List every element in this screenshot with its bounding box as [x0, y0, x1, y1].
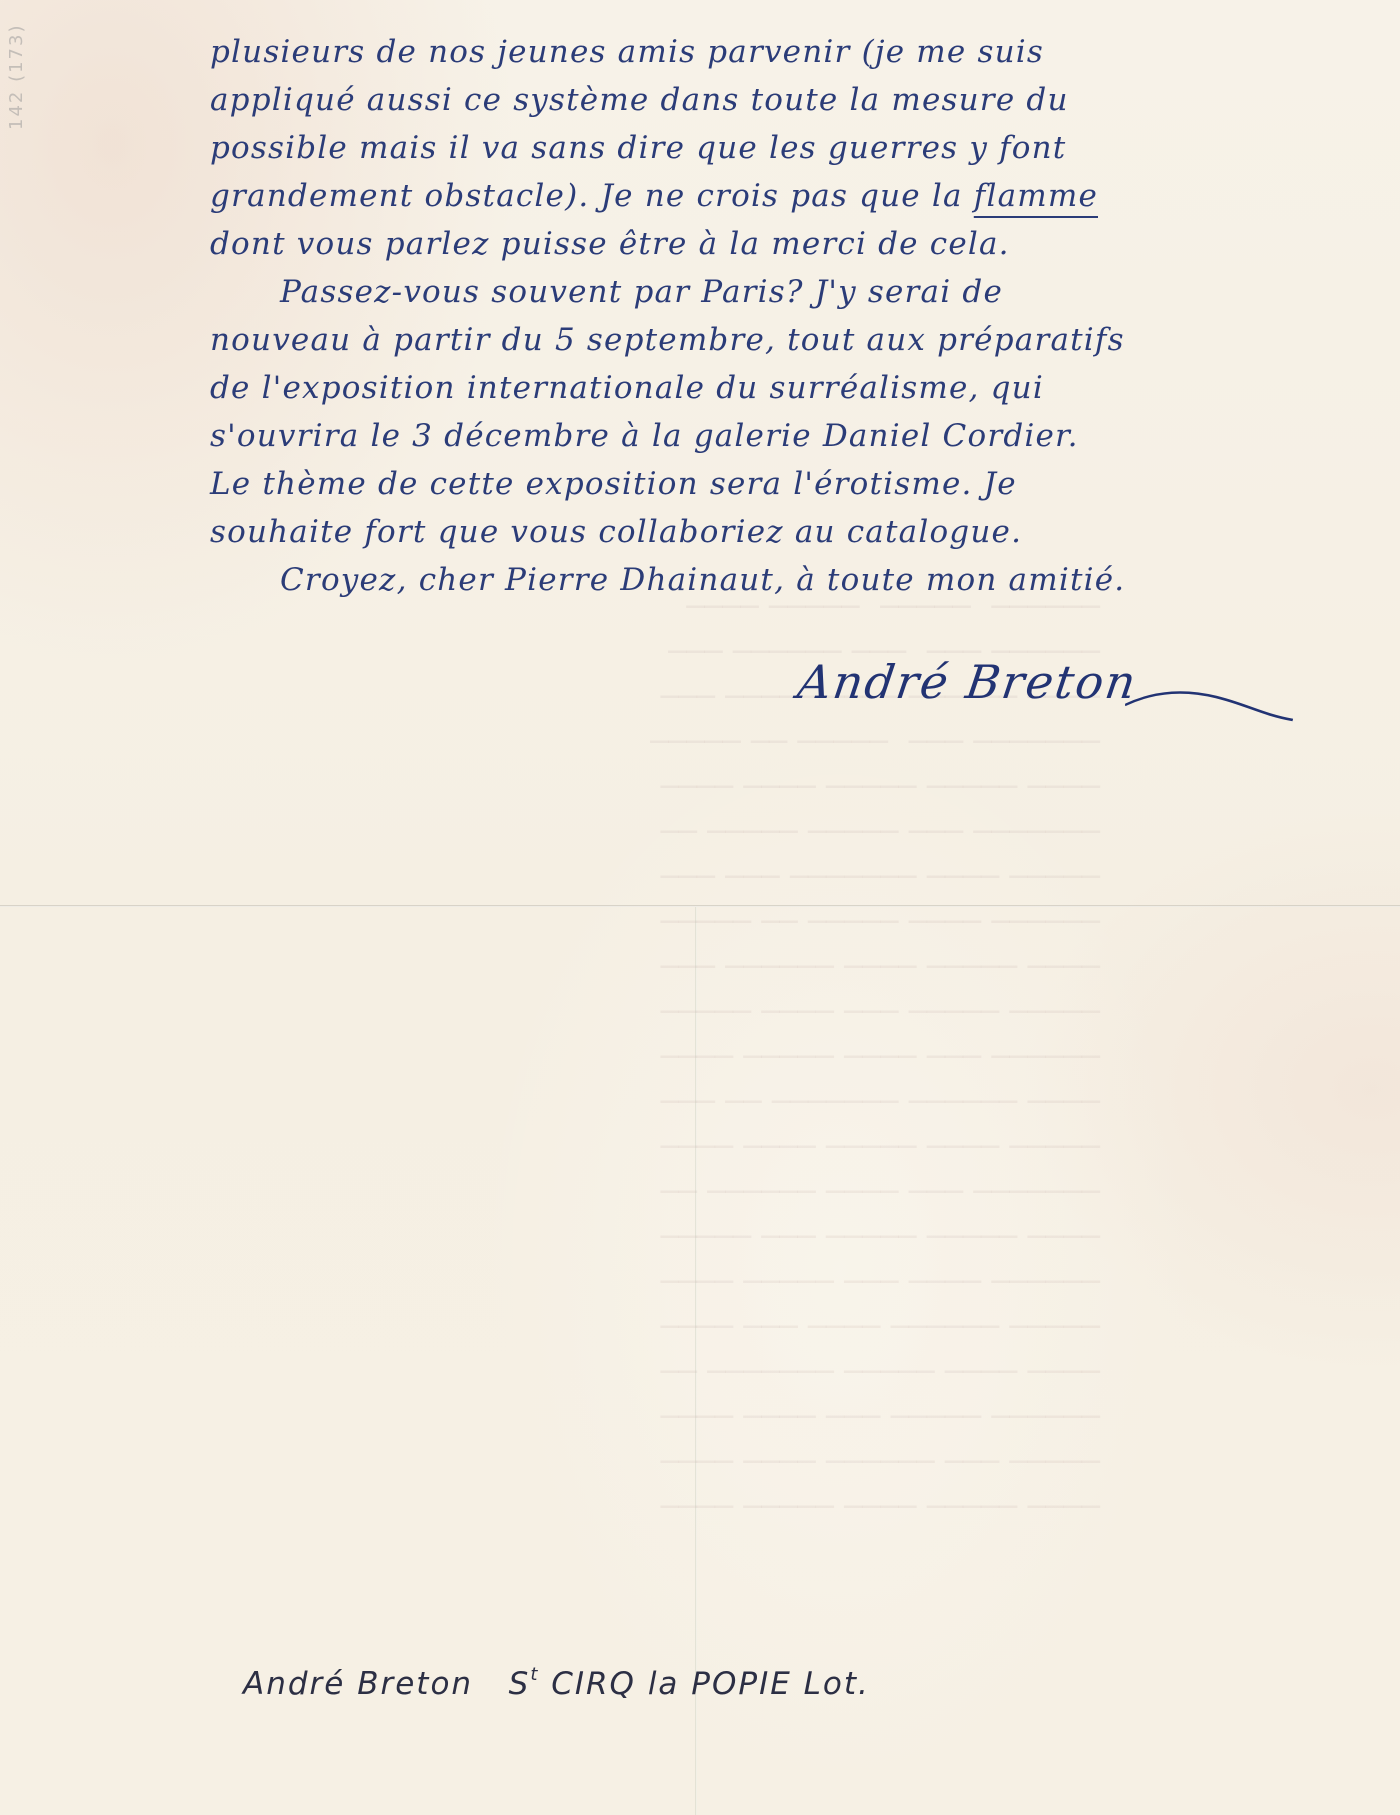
underlined-word: flamme — [974, 178, 1098, 214]
saint-superscript: t — [530, 1664, 539, 1685]
letter-line: de l'exposition internationale du surréa… — [210, 364, 1360, 412]
signature-flourish-icon — [1122, 685, 1298, 725]
letter-line: souhaite fort que vous collaboriez au ca… — [210, 508, 1360, 556]
sender-address: André Breton St CIRQ la POPIE Lot. — [243, 1664, 1123, 1702]
sender-name: André Breton — [243, 1666, 473, 1702]
signature-text: André Breton — [794, 655, 1141, 709]
letter-line: possible mais il va sans dire que les gu… — [210, 124, 1360, 172]
sender-place: CIRQ la POPIE Lot. — [551, 1666, 870, 1702]
letter-paragraph-start: Passez-vous souvent par Paris? J'y serai… — [210, 268, 1360, 316]
pencil-margin-note: 142 (173) — [6, 20, 76, 130]
letter-line: dont vous parlez puisse être à la merci … — [210, 220, 1360, 268]
saint-prefix: S — [509, 1666, 531, 1702]
letter-line: plusieurs de nos jeunes amis parvenir (j… — [210, 28, 1360, 76]
letter-body: plusieurs de nos jeunes amis parvenir (j… — [210, 28, 1360, 604]
letter-line: grandement obstacle). Je ne crois pas qu… — [210, 172, 1360, 220]
letter-line: Le thème de cette exposition sera l'érot… — [210, 460, 1360, 508]
letter-line: nouveau à partir du 5 septembre, tout au… — [210, 316, 1360, 364]
letter-line-text: grandement obstacle). Je ne crois pas qu… — [210, 178, 963, 214]
signature: André Breton — [788, 655, 1302, 755]
letter-closing: Croyez, cher Pierre Dhainaut, à toute mo… — [210, 556, 1360, 604]
letter-line: appliqué aussi ce système dans toute la … — [210, 76, 1360, 124]
letter-line: s'ouvrira le 3 décembre à la galerie Dan… — [210, 412, 1360, 460]
